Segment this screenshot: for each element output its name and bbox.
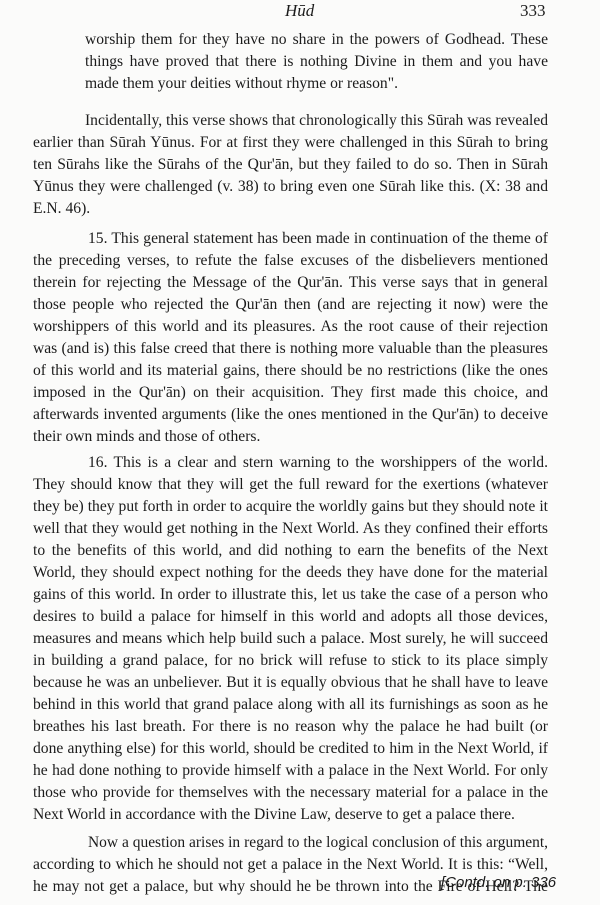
text-line: They should know that they will get the … bbox=[33, 475, 548, 495]
text-line: World, they should expect nothing for th… bbox=[33, 563, 548, 583]
running-title: Hūd bbox=[285, 1, 314, 21]
continuation-note: [Contd. on p. 336 bbox=[441, 874, 556, 891]
text-line: done anything else) for this world, shou… bbox=[33, 739, 548, 759]
text-line: Yūnus they were challenged (v. 38) to br… bbox=[33, 177, 548, 197]
text-line: 16. This is a clear and stern warning to… bbox=[88, 453, 548, 473]
text-line: to the benefits of this world, and did n… bbox=[33, 541, 548, 561]
text-line: because he was an unbeliever. But it is … bbox=[33, 673, 548, 693]
text-line: well that they would get nothing in the … bbox=[33, 519, 548, 539]
text-line: their own minds and those of others. bbox=[33, 427, 548, 447]
text-line: imposed in the Qur'ān) on their acquisit… bbox=[33, 383, 548, 403]
text-line: of this world and its material gains, th… bbox=[33, 361, 548, 381]
text-line: Incidentally, this verse shows that chro… bbox=[85, 111, 548, 131]
page-number: 333 bbox=[520, 1, 546, 21]
text-line: Now a question arises in regard to the l… bbox=[88, 833, 548, 853]
text-line: the preceding verses, to refute the fals… bbox=[33, 251, 548, 271]
text-line: worshippers of this world and its pleasu… bbox=[33, 317, 548, 337]
text-line: those people who rejected the Qur'ān the… bbox=[33, 295, 548, 315]
text-line: ten Sūrahs like the Sūrahs of the Qur'ān… bbox=[33, 155, 548, 175]
text-line: E.N. 46). bbox=[33, 199, 548, 219]
text-line: behind in this world that grand palace a… bbox=[33, 695, 548, 715]
text-line: Next World in accordance with the Divine… bbox=[33, 805, 548, 825]
text-line: desires to build a palace for himself in… bbox=[33, 607, 548, 627]
text-line: afterwards invented arguments (like the … bbox=[33, 405, 548, 425]
page-header: Hūd 333 bbox=[0, 0, 600, 30]
text-line: was (and is) this false creed that there… bbox=[33, 339, 548, 359]
text-line: those who provide for themselves with th… bbox=[33, 783, 548, 803]
text-line: therein for rejecting the Message of the… bbox=[33, 273, 548, 293]
text-line: things have proved that there is nothing… bbox=[85, 52, 548, 72]
text-line: he had done nothing to provide himself w… bbox=[33, 761, 548, 781]
text-line: made them your deities without rhyme or … bbox=[85, 74, 548, 94]
text-line: breathes his last breath. For there is n… bbox=[33, 717, 548, 737]
text-line: in building a grand palace, for no brick… bbox=[33, 651, 548, 671]
text-line: 15. This general statement has been made… bbox=[88, 229, 548, 249]
text-line: according to which he should not get a p… bbox=[33, 855, 548, 875]
text-line: gains of this world. In order to illustr… bbox=[33, 585, 548, 605]
text-line: measures and means which help build such… bbox=[33, 629, 548, 649]
text-line: worship them for they have no share in t… bbox=[85, 30, 548, 50]
text-line: they be) they put forth in order to acqu… bbox=[33, 497, 548, 517]
text-line: earlier than Sūrah Yūnus. For at first t… bbox=[33, 133, 548, 153]
